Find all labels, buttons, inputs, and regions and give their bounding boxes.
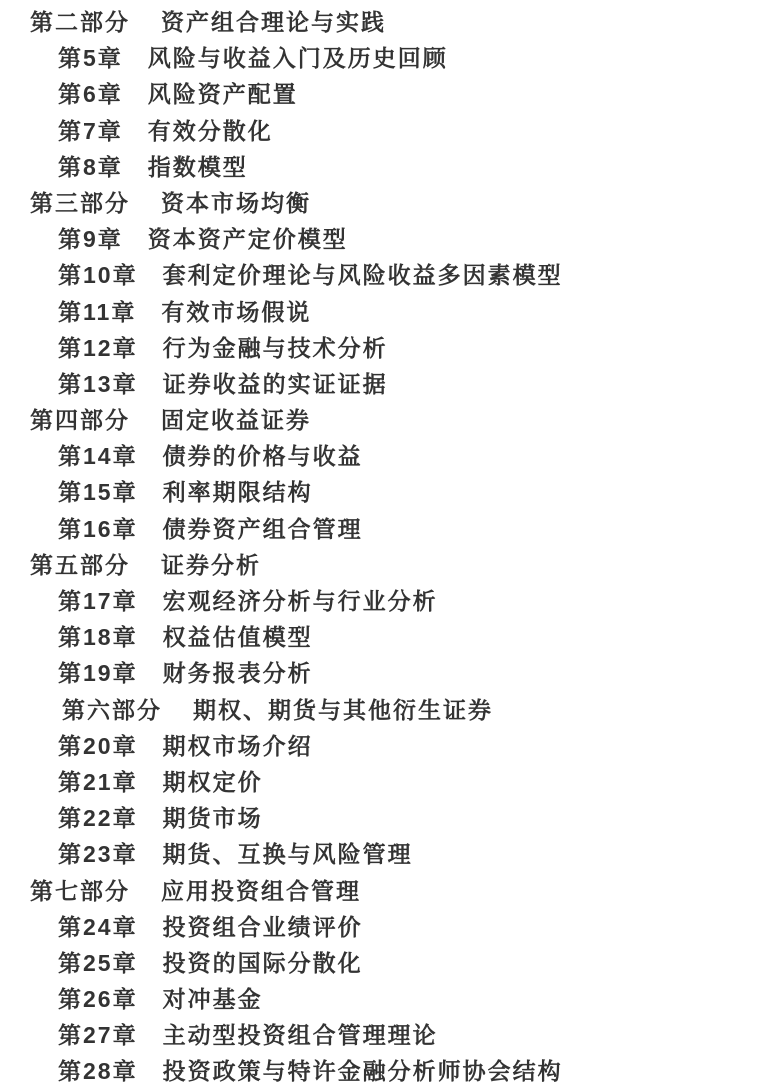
toc-chapter-row: 第15章利率期限结构 bbox=[0, 474, 780, 510]
chapter-number-label: 第28章 bbox=[58, 1053, 138, 1089]
part-title: 资产组合理论与实践 bbox=[161, 4, 386, 40]
part-number-label: 第四部分 bbox=[30, 402, 130, 438]
chapter-number-label: 第5章 bbox=[58, 40, 123, 76]
chapter-title: 利率期限结构 bbox=[163, 474, 313, 510]
toc-chapter-row: 第12章行为金融与技术分析 bbox=[0, 330, 780, 366]
chapter-number-label: 第23章 bbox=[58, 836, 138, 872]
part-number-label: 第三部分 bbox=[30, 185, 130, 221]
toc-page: 第二部分资产组合理论与实践第5章风险与收益入门及历史回顾第6章风险资产配置第7章… bbox=[0, 0, 780, 1090]
chapter-title: 投资组合业绩评价 bbox=[163, 909, 363, 945]
chapter-number-label: 第10章 bbox=[58, 257, 138, 293]
toc-chapter-row: 第23章期货、互换与风险管理 bbox=[0, 836, 780, 872]
chapter-title: 指数模型 bbox=[148, 149, 248, 185]
toc-part-row: 第五部分证券分析 bbox=[0, 547, 780, 583]
toc-chapter-row: 第20章期权市场介绍 bbox=[0, 728, 780, 764]
toc-chapter-row: 第18章权益估值模型 bbox=[0, 619, 780, 655]
chapter-title: 期货、互换与风险管理 bbox=[163, 836, 413, 872]
chapter-title: 主动型投资组合管理理论 bbox=[163, 1017, 438, 1053]
chapter-title: 投资的国际分散化 bbox=[163, 945, 363, 981]
chapter-title: 债券的价格与收益 bbox=[163, 438, 363, 474]
toc-chapter-row: 第13章证券收益的实证证据 bbox=[0, 366, 780, 402]
toc-chapter-row: 第10章套利定价理论与风险收益多因素模型 bbox=[0, 257, 780, 293]
chapter-number-label: 第22章 bbox=[58, 800, 138, 836]
chapter-number-label: 第26章 bbox=[58, 981, 138, 1017]
toc-chapter-row: 第8章指数模型 bbox=[0, 149, 780, 185]
chapter-number-label: 第11章 bbox=[58, 294, 136, 330]
chapter-title: 投资政策与特许金融分析师协会结构 bbox=[163, 1053, 563, 1089]
toc-chapter-row: 第17章宏观经济分析与行业分析 bbox=[0, 583, 780, 619]
toc-chapter-row: 第16章债券资产组合管理 bbox=[0, 511, 780, 547]
part-title: 期权、期货与其他衍生证券 bbox=[193, 692, 493, 728]
chapter-title: 对冲基金 bbox=[163, 981, 263, 1017]
toc-chapter-row: 第11章有效市场假说 bbox=[0, 294, 780, 330]
chapter-title: 期权市场介绍 bbox=[163, 728, 313, 764]
chapter-number-label: 第18章 bbox=[58, 619, 138, 655]
chapter-number-label: 第19章 bbox=[58, 655, 138, 691]
chapter-number-label: 第16章 bbox=[58, 511, 138, 547]
chapter-title: 有效市场假说 bbox=[161, 294, 311, 330]
chapter-number-label: 第20章 bbox=[58, 728, 138, 764]
chapter-number-label: 第15章 bbox=[58, 474, 138, 510]
toc-chapter-row: 第9章资本资产定价模型 bbox=[0, 221, 780, 257]
chapter-title: 资本资产定价模型 bbox=[148, 221, 348, 257]
chapter-number-label: 第12章 bbox=[58, 330, 138, 366]
chapter-title: 风险与收益入门及历史回顾 bbox=[148, 40, 448, 76]
chapter-number-label: 第9章 bbox=[58, 221, 123, 257]
part-number-label: 第七部分 bbox=[30, 873, 130, 909]
toc-chapter-row: 第19章财务报表分析 bbox=[0, 655, 780, 691]
toc-chapter-row: 第28章投资政策与特许金融分析师协会结构 bbox=[0, 1053, 780, 1089]
toc-list: 第二部分资产组合理论与实践第5章风险与收益入门及历史回顾第6章风险资产配置第7章… bbox=[0, 0, 780, 1090]
chapter-title: 期权定价 bbox=[163, 764, 263, 800]
chapter-title: 宏观经济分析与行业分析 bbox=[163, 583, 438, 619]
chapter-title: 证券收益的实证证据 bbox=[163, 366, 388, 402]
chapter-title: 风险资产配置 bbox=[148, 76, 298, 112]
toc-chapter-row: 第25章投资的国际分散化 bbox=[0, 945, 780, 981]
toc-chapter-row: 第14章债券的价格与收益 bbox=[0, 438, 780, 474]
chapter-number-label: 第7章 bbox=[58, 113, 123, 149]
toc-chapter-row: 第7章有效分散化 bbox=[0, 113, 780, 149]
chapter-title: 债券资产组合管理 bbox=[163, 511, 363, 547]
toc-part-row: 第二部分资产组合理论与实践 bbox=[0, 4, 780, 40]
toc-part-row: 第七部分应用投资组合管理 bbox=[0, 873, 780, 909]
part-number-label: 第五部分 bbox=[30, 547, 130, 583]
chapter-number-label: 第27章 bbox=[58, 1017, 138, 1053]
chapter-number-label: 第8章 bbox=[58, 149, 123, 185]
part-number-label: 第二部分 bbox=[30, 4, 130, 40]
chapter-title: 有效分散化 bbox=[148, 113, 273, 149]
chapter-title: 套利定价理论与风险收益多因素模型 bbox=[163, 257, 563, 293]
chapter-number-label: 第24章 bbox=[58, 909, 138, 945]
chapter-title: 财务报表分析 bbox=[163, 655, 313, 691]
chapter-title: 行为金融与技术分析 bbox=[163, 330, 388, 366]
toc-chapter-row: 第5章风险与收益入门及历史回顾 bbox=[0, 40, 780, 76]
toc-chapter-row: 第22章期货市场 bbox=[0, 800, 780, 836]
part-title: 固定收益证券 bbox=[161, 402, 311, 438]
chapter-number-label: 第21章 bbox=[58, 764, 138, 800]
toc-part-row: 第三部分资本市场均衡 bbox=[0, 185, 780, 221]
toc-part-row: 第六部分期权、期货与其他衍生证券 bbox=[0, 692, 780, 728]
chapter-number-label: 第6章 bbox=[58, 76, 123, 112]
toc-chapter-row: 第27章主动型投资组合管理理论 bbox=[0, 1017, 780, 1053]
toc-chapter-row: 第24章投资组合业绩评价 bbox=[0, 909, 780, 945]
toc-part-row: 第四部分固定收益证券 bbox=[0, 402, 780, 438]
part-title: 证券分析 bbox=[161, 547, 261, 583]
toc-chapter-row: 第21章期权定价 bbox=[0, 764, 780, 800]
part-number-label: 第六部分 bbox=[62, 692, 162, 728]
part-title: 资本市场均衡 bbox=[161, 185, 311, 221]
toc-chapter-row: 第26章对冲基金 bbox=[0, 981, 780, 1017]
toc-chapter-row: 第6章风险资产配置 bbox=[0, 76, 780, 112]
part-title: 应用投资组合管理 bbox=[161, 873, 361, 909]
chapter-title: 权益估值模型 bbox=[163, 619, 313, 655]
chapter-number-label: 第17章 bbox=[58, 583, 138, 619]
chapter-number-label: 第25章 bbox=[58, 945, 138, 981]
chapter-number-label: 第14章 bbox=[58, 438, 138, 474]
chapter-number-label: 第13章 bbox=[58, 366, 138, 402]
chapter-title: 期货市场 bbox=[163, 800, 263, 836]
